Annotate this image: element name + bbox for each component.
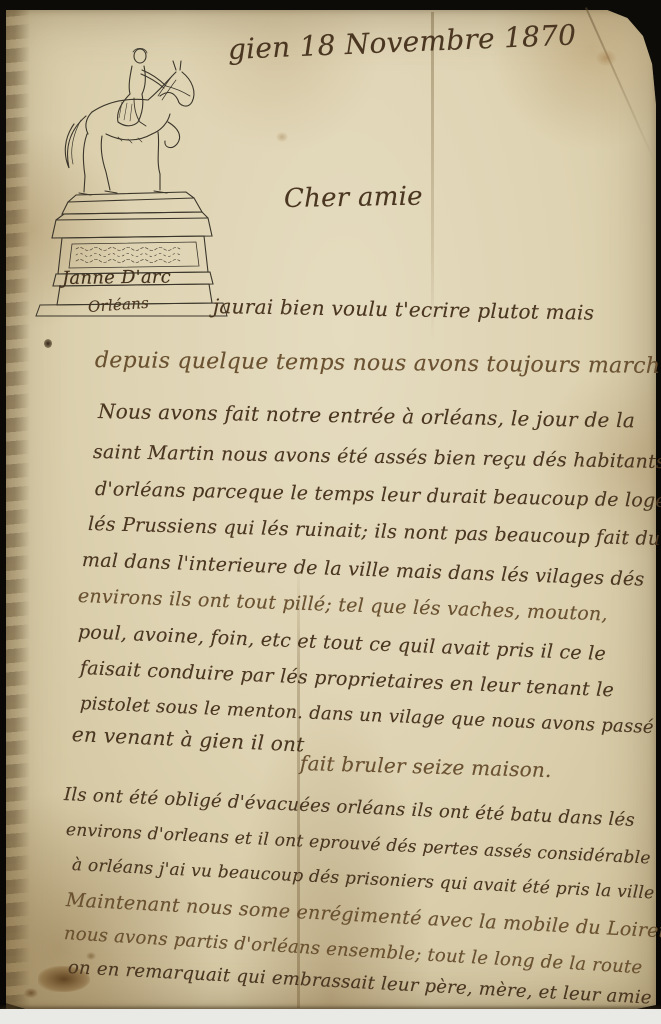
statue-illustration: Janne D'arc Orléans: [26, 42, 231, 318]
letter-line-1: jaurai bien voulu t'ecrire plutot mais: [213, 296, 595, 323]
scanner-bed-strip: [0, 1009, 661, 1024]
plinth-caption: Janne D'arc: [62, 268, 171, 288]
location-caption: Orléans: [87, 296, 149, 315]
salutation: Cher amie: [284, 184, 423, 212]
letter-line-13: fait bruler seize maison.: [300, 753, 552, 780]
scanned-letter: Janne D'arc Orléans gien 18 Novembre 187…: [0, 0, 661, 1024]
